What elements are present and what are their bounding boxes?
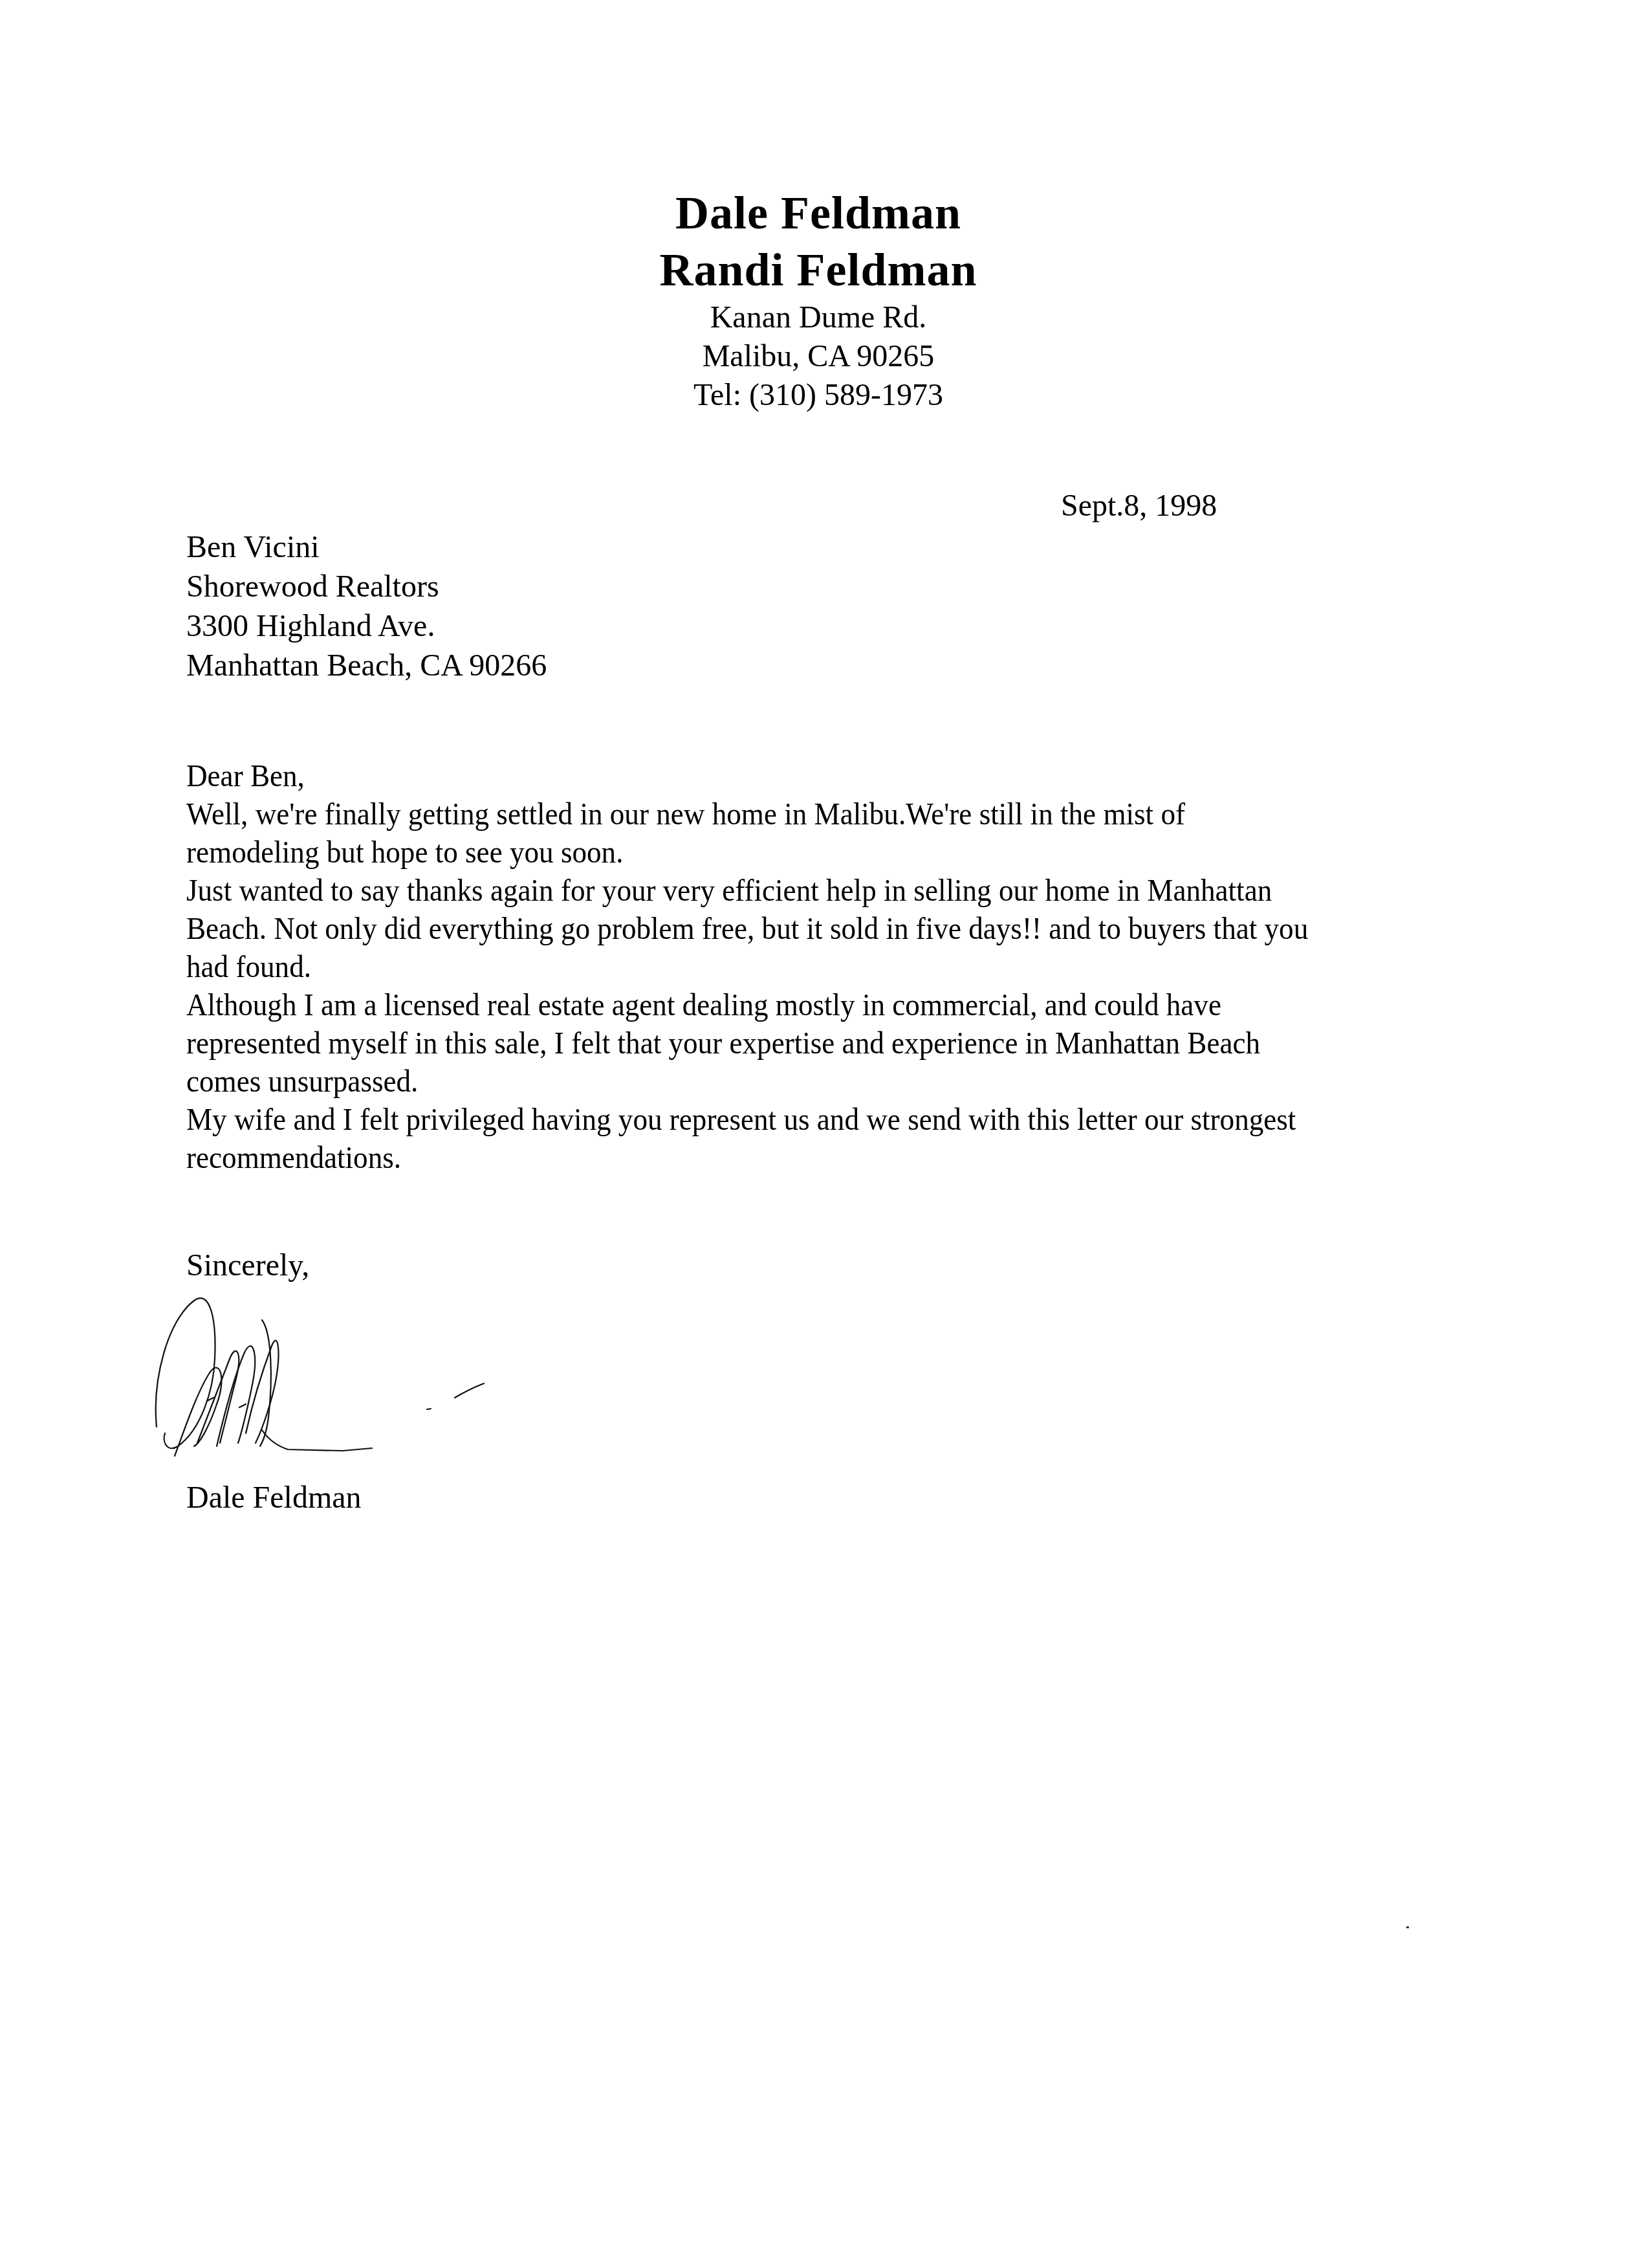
body-line: recommendations.: [186, 1139, 1402, 1177]
body-line: remodeling but hope to see you soon.: [186, 833, 1402, 872]
recipient-address: Ben Vicini Shorewood Realtors 3300 Highl…: [186, 527, 547, 685]
letter-date: Sept.8, 1998: [1061, 487, 1217, 525]
body-line: Just wanted to say thanks again for your…: [186, 872, 1402, 910]
recipient-street: 3300 Highland Ave.: [186, 606, 547, 646]
letterhead: Dale Feldman Randi Feldman Kanan Dume Rd…: [0, 184, 1642, 415]
salutation: Dear Ben,: [186, 757, 1402, 795]
body-line: represented myself in this sale, I felt …: [186, 1024, 1402, 1062]
recipient-city: Manhattan Beach, CA 90266: [186, 646, 547, 685]
body-line: My wife and I felt privileged having you…: [186, 1101, 1402, 1139]
recipient-name: Ben Vicini: [186, 527, 547, 567]
signature-icon: [149, 1281, 511, 1475]
letterhead-name-1: Dale Feldman: [0, 184, 1642, 241]
letterhead-city: Malibu, CA 90265: [0, 337, 1642, 376]
scan-speck: [1406, 1926, 1409, 1928]
letterhead-street: Kanan Dume Rd.: [0, 298, 1642, 337]
recipient-company: Shorewood Realtors: [186, 567, 547, 606]
body-line: Well, we're finally getting settled in o…: [186, 795, 1402, 833]
signer-name: Dale Feldman: [186, 1479, 362, 1517]
letter-page: Dale Feldman Randi Feldman Kanan Dume Rd…: [0, 0, 1647, 2268]
closing: Sincerely,: [186, 1246, 309, 1285]
letterhead-phone: Tel: (310) 589-1973: [0, 376, 1642, 415]
body-line: had found.: [186, 948, 1402, 986]
body-line: comes unsurpassed.: [186, 1062, 1402, 1101]
letter-body: Dear Ben, Well, we're finally getting se…: [186, 757, 1480, 1177]
letterhead-name-2: Randi Feldman: [0, 241, 1642, 298]
body-line: Beach. Not only did everything go proble…: [186, 910, 1402, 948]
body-line: Although I am a licensed real estate age…: [186, 986, 1402, 1024]
